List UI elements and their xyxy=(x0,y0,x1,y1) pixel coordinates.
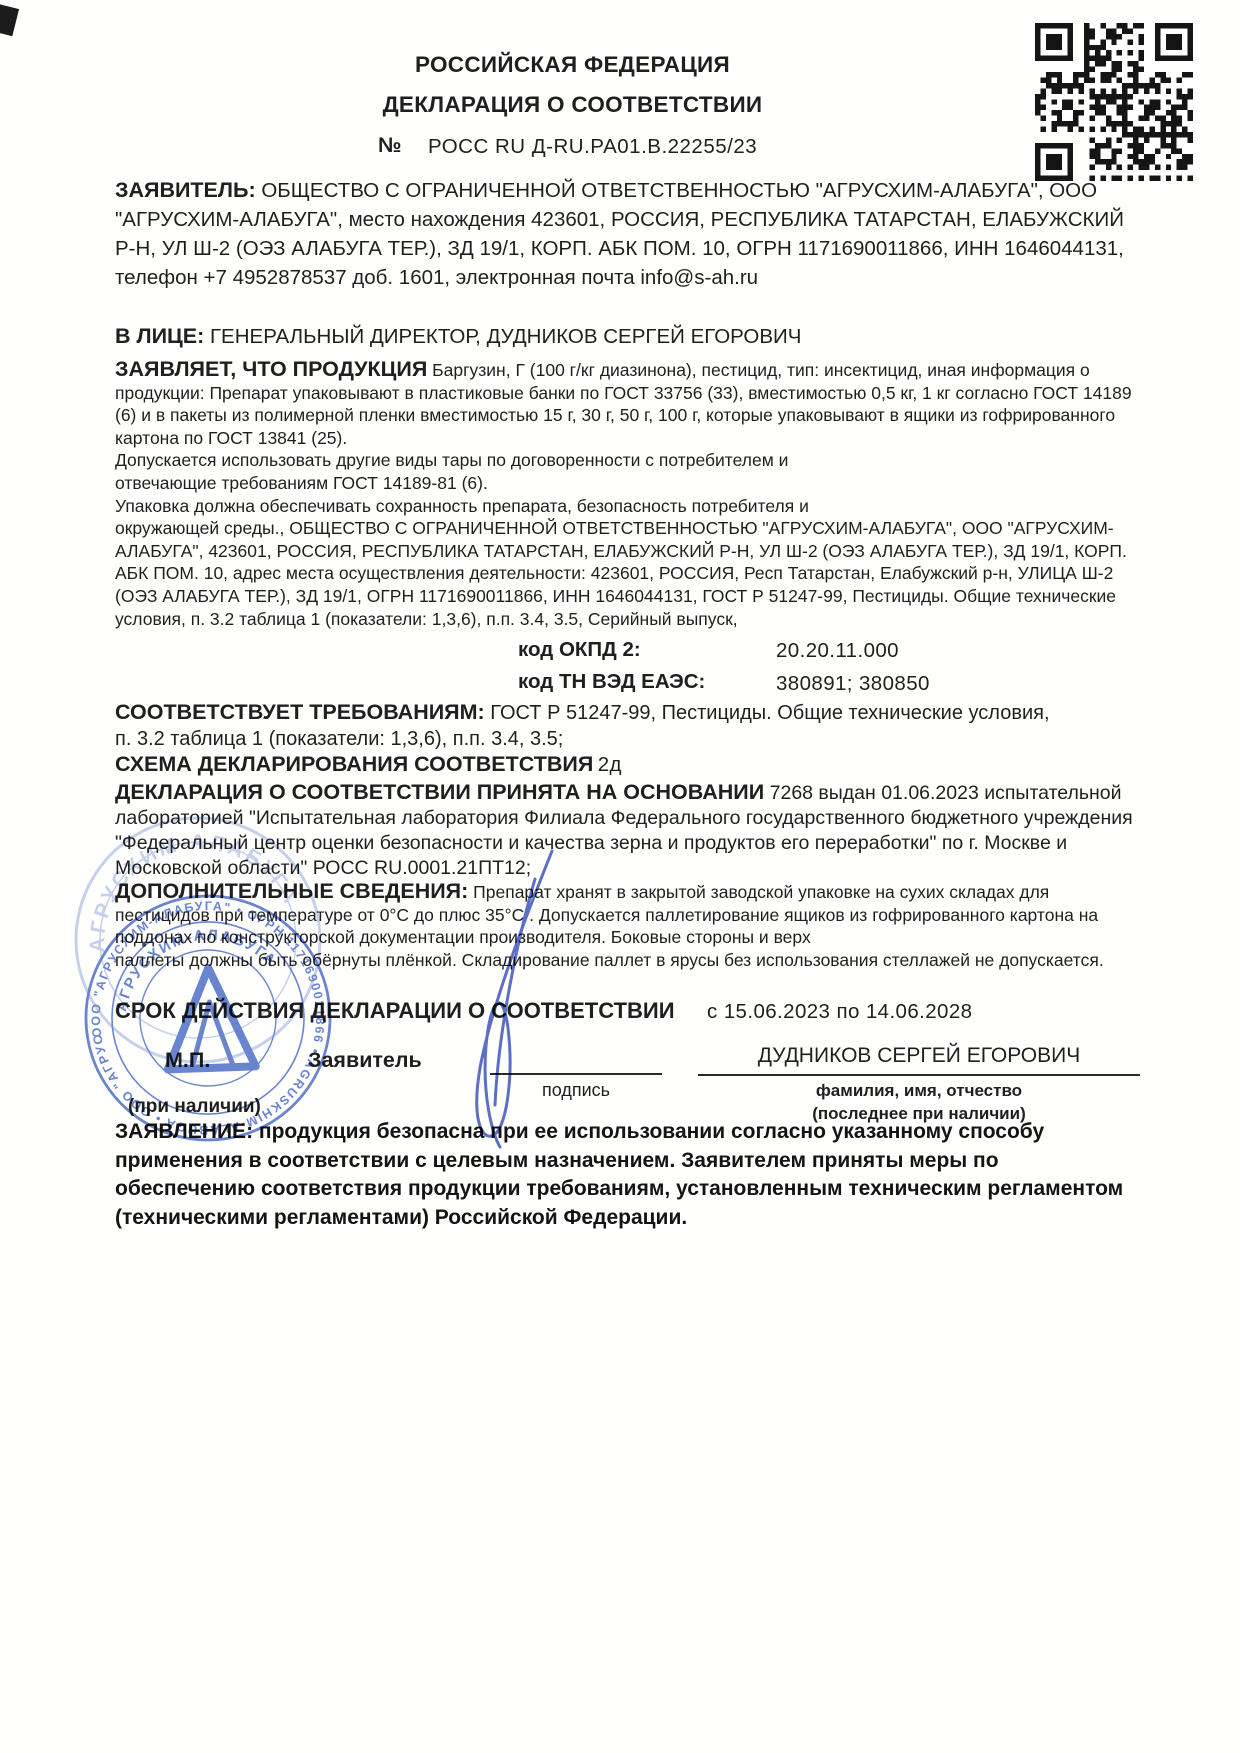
applicant-text: ОБЩЕСТВО С ОГРАНИЧЕННОЙ ОТВЕТСТВЕННОСТЬЮ… xyxy=(115,179,1124,289)
signature xyxy=(440,843,610,1155)
conformity-label: СООТВЕТСТВУЕТ ТРЕБОВАНИЯМ: xyxy=(115,700,485,724)
okpd-label: код ОКПД 2: xyxy=(518,638,641,662)
applicant-paragraph: ЗАЯВИТЕЛЬ: ОБЩЕСТВО С ОГРАНИЧЕННОЙ ОТВЕТ… xyxy=(115,176,1135,292)
declaration-document: РОССИЙСКАЯ ФЕДЕРАЦИЯ ДЕКЛАРАЦИЯ О СООТВЕ… xyxy=(0,0,1240,1753)
representative-text: ГЕНЕРАЛЬНЫЙ ДИРЕКТОР, ДУДНИКОВ СЕРГЕЙ ЕГ… xyxy=(210,325,801,348)
declaration-number: РОСС RU Д-RU.РА01.В.22255/23 xyxy=(428,135,757,159)
scheme-value: 2д xyxy=(598,753,622,776)
conformity-paragraph: СООТВЕТСТВУЕТ ТРЕБОВАНИЯМ: ГОСТ Р 51247-… xyxy=(115,699,1135,752)
scheme-label: СХЕМА ДЕКЛАРИРОВАНИЯ СООТВЕТСТВИЯ xyxy=(115,752,593,776)
page-title: ДЕКЛАРАЦИЯ О СООТВЕТСТВИИ xyxy=(0,92,1145,118)
okpd-value: 20.20.11.000 xyxy=(776,639,899,663)
company-stamp: АГРУСХИМ-АЛАБУГА ООО "АГРУСХИМ-АЛАБУГА" … xyxy=(55,790,365,1190)
product-text-2: окружающей среды., ОБЩЕСТВО С ОГРАНИЧЕНН… xyxy=(115,517,1135,630)
tnved-label: код ТН ВЭД ЕАЭС: xyxy=(518,670,705,694)
validity-value: с 15.06.2023 по 14.06.2028 xyxy=(707,1000,972,1023)
product-line: Допускается использовать другие виды тар… xyxy=(115,449,1135,472)
signatory-name: ДУДНИКОВ СЕРГЕЙ ЕГОРОВИЧ xyxy=(758,1044,1081,1067)
country-title: РОССИЙСКАЯ ФЕДЕРАЦИЯ xyxy=(0,52,1145,78)
name-caption: фамилия, имя, отчество xyxy=(698,1081,1140,1101)
signature-stroke xyxy=(477,851,552,1147)
name-line: ДУДНИКОВ СЕРГЕЙ ЕГОРОВИЧ xyxy=(698,1044,1140,1076)
scheme-line: СХЕМА ДЕКЛАРИРОВАНИЯ СООТВЕТСТВИЯ 2д xyxy=(115,752,1135,777)
conformity-text-2: п. 3.2 таблица 1 (показатели: 1,3,6), п.… xyxy=(115,726,1135,752)
conformity-text: ГОСТ Р 51247-99, Пестициды. Общие технич… xyxy=(490,702,1049,724)
tnved-value: 380891; 380850 xyxy=(776,672,930,696)
representative-label: В ЛИЦЕ: xyxy=(115,324,204,348)
representative-line: В ЛИЦЕ: ГЕНЕРАЛЬНЫЙ ДИРЕКТОР, ДУДНИКОВ С… xyxy=(115,322,1135,351)
product-line: отвечающие требованиям ГОСТ 14189-81 (6)… xyxy=(115,472,1135,495)
number-label: № xyxy=(378,134,401,158)
product-paragraph: ЗАЯВЛЯЕТ, ЧТО ПРОДУКЦИЯ Баргузин, Г (100… xyxy=(115,358,1135,630)
product-label: ЗАЯВЛЯЕТ, ЧТО ПРОДУКЦИЯ xyxy=(115,357,427,381)
scan-artifact xyxy=(0,4,19,36)
product-line: Упаковка должна обеспечивать сохранность… xyxy=(115,495,1135,518)
applicant-label: ЗАЯВИТЕЛЬ: xyxy=(115,178,256,202)
